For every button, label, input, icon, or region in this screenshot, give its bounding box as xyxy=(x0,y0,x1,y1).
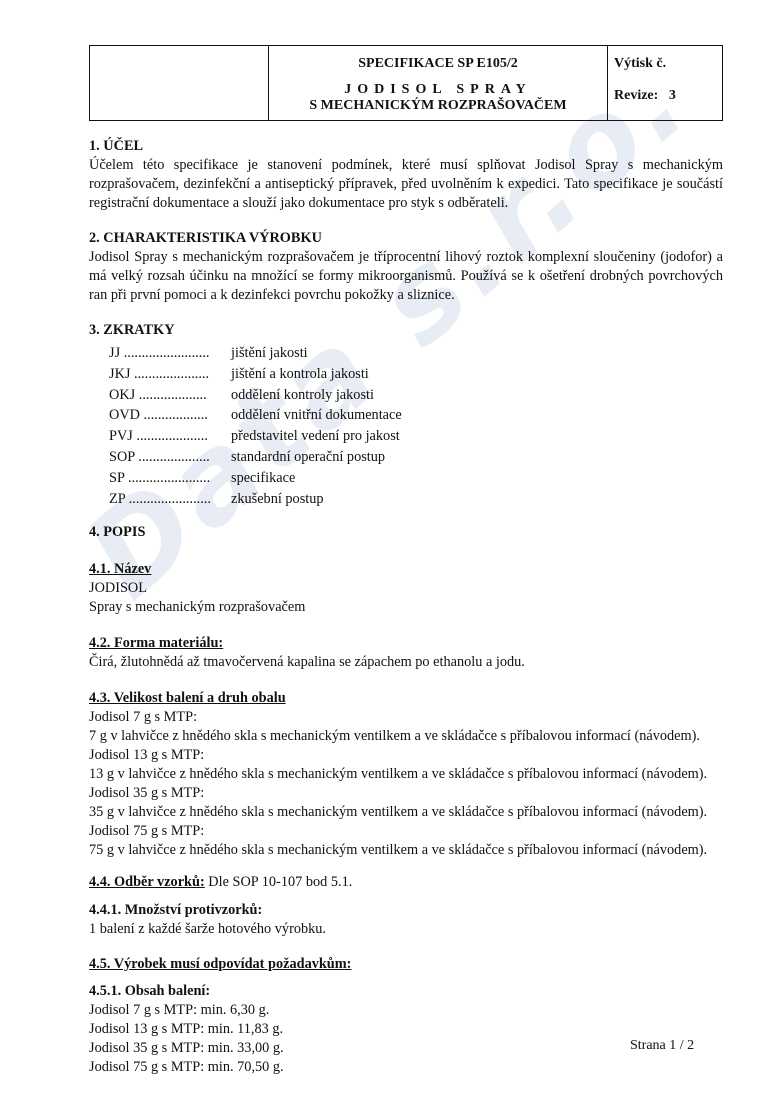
section-4-2: 4.2. Forma materiálu: Čirá, žlutohnědá a… xyxy=(89,634,723,672)
section-4-3-title: 4.3. Velikost balení a druh obalu xyxy=(89,689,723,708)
package-line: 35 g v lahvičce z hnědého skla s mechani… xyxy=(89,803,723,822)
abbreviation-row: PVJ ....................představitel ved… xyxy=(89,426,723,447)
section-4-3: 4.3. Velikost balení a druh obalu Jodiso… xyxy=(89,689,723,860)
abbreviation: JJ ........................ xyxy=(109,343,231,364)
section-4-2-title: 4.2. Forma materiálu: xyxy=(89,634,723,653)
spec-id: SPECIFIKACE SP E105/2 xyxy=(269,56,607,72)
revision: Revize: 3 xyxy=(614,88,722,104)
abbreviation-meaning: oddělení vnitřní dokumentace xyxy=(231,405,402,426)
abbreviation-meaning: představitel vedení pro jakost xyxy=(231,426,400,447)
abbreviation: ZP ....................... xyxy=(109,489,231,510)
section-4-5: 4.5. Výrobek musí odpovídat požadavkům: xyxy=(89,955,723,974)
section-2-title: 2. CHARAKTERISTIKA VÝROBKU xyxy=(89,229,723,248)
section-4-4-1-text: 1 balení z každé šarže hotového výrobku. xyxy=(89,920,723,939)
package-list: Jodisol 7 g s MTP:7 g v lahvičce z hnědé… xyxy=(89,708,723,860)
page-number: Strana 1 / 2 xyxy=(630,1038,694,1054)
content-list: Jodisol 7 g s MTP: min. 6,30 g.Jodisol 1… xyxy=(89,1001,723,1077)
content-line: Jodisol 13 g s MTP: min. 11,83 g. xyxy=(89,1020,723,1039)
name-line: Spray s mechanickým rozprašovačem xyxy=(89,598,723,617)
abbreviation-row: JKJ .....................jištění a kontr… xyxy=(89,364,723,385)
logo-cell xyxy=(90,46,269,121)
abbreviation-row: JJ ........................jištění jakos… xyxy=(89,343,723,364)
section-4-1-title: 4.1. Název xyxy=(89,560,723,579)
package-line: Jodisol 7 g s MTP: xyxy=(89,708,723,727)
abbreviation-row: OVD ..................oddělení vnitřní d… xyxy=(89,405,723,426)
abbreviation-meaning: zkušební postup xyxy=(231,489,324,510)
section-4: 4. POPIS 4.1. Název JODISOL Spray s mech… xyxy=(89,523,723,1077)
section-4-4-title: 4.4. Odběr vzorků: xyxy=(89,874,205,890)
content-line: Jodisol 35 g s MTP: min. 33,00 g. xyxy=(89,1039,723,1058)
package-line: Jodisol 35 g s MTP: xyxy=(89,784,723,803)
title-cell: SPECIFIKACE SP E105/2 JODISOL SPRAY S ME… xyxy=(269,46,608,121)
abbreviation-meaning: jištění jakosti xyxy=(231,343,308,364)
abbreviation-row: ZP .......................zkušební postu… xyxy=(89,489,723,510)
abbreviation-meaning: specifikace xyxy=(231,468,295,489)
section-4-title: 4. POPIS xyxy=(89,523,723,542)
section-2-text: Jodisol Spray s mechanickým rozprašovače… xyxy=(89,248,723,305)
abbreviation-meaning: standardní operační postup xyxy=(231,447,385,468)
section-4-4: 4.4. Odběr vzorků: Dle SOP 10-107 bod 5.… xyxy=(89,873,723,892)
package-line: Jodisol 75 g s MTP: xyxy=(89,822,723,841)
content-line: Jodisol 7 g s MTP: min. 6,30 g. xyxy=(89,1001,723,1020)
abbreviation: PVJ .................... xyxy=(109,426,231,447)
header-table: SPECIFIKACE SP E105/2 JODISOL SPRAY S ME… xyxy=(89,45,723,121)
section-4-2-text: Čirá, žlutohnědá až tmavočervená kapalin… xyxy=(89,653,723,672)
package-line: Jodisol 13 g s MTP: xyxy=(89,746,723,765)
package-line: 75 g v lahvičce z hnědého skla s mechani… xyxy=(89,841,723,860)
content-line: Jodisol 75 g s MTP: min. 70,50 g. xyxy=(89,1058,723,1077)
section-4-4-1: 4.4.1. Množství protivzorků: 1 balení z … xyxy=(89,901,723,939)
abbreviation-row: SOP ....................standardní opera… xyxy=(89,447,723,468)
section-3-title: 3. ZKRATKY xyxy=(89,321,723,340)
revision-label: Revize: xyxy=(614,88,658,103)
abbreviation: OKJ ................... xyxy=(109,385,231,406)
abbreviation: SOP .................... xyxy=(109,447,231,468)
package-line: 13 g v lahvičce z hnědého skla s mechani… xyxy=(89,765,723,784)
abbreviation-meaning: oddělení kontroly jakosti xyxy=(231,385,374,406)
section-4-5-1-title: 4.5.1. Obsah balení: xyxy=(89,982,723,1001)
section-3: 3. ZKRATKY JJ ........................ji… xyxy=(89,321,723,509)
section-4-1: 4.1. Název JODISOL Spray s mechanickým r… xyxy=(89,560,723,617)
package-line: 7 g v lahvičce z hnědého skla s mechanic… xyxy=(89,727,723,746)
product-subtitle: S MECHANICKÝM ROZPRAŠOVAČEM xyxy=(269,98,607,114)
abbreviation-meaning: jištění a kontrola jakosti xyxy=(231,364,369,385)
revision-cell: Výtisk č. Revize: 3 xyxy=(608,46,723,121)
revision-value: 3 xyxy=(669,88,676,103)
abbreviation-row: SP .......................specifikace xyxy=(89,468,723,489)
section-4-5-title: 4.5. Výrobek musí odpovídat požadavkům: xyxy=(89,955,723,974)
document-page: SPECIFIKACE SP E105/2 JODISOL SPRAY S ME… xyxy=(89,45,723,1077)
section-4-4-text: Dle SOP 10-107 bod 5.1. xyxy=(205,874,353,890)
abbreviation: OVD .................. xyxy=(109,405,231,426)
abbreviation: JKJ ..................... xyxy=(109,364,231,385)
section-4-4-1-title: 4.4.1. Množství protivzorků: xyxy=(89,901,723,920)
product-name: JODISOL SPRAY xyxy=(269,82,607,98)
abbreviation: SP ....................... xyxy=(109,468,231,489)
section-1-text: Účelem této specifikace je stanovení pod… xyxy=(89,156,723,213)
name-line: JODISOL xyxy=(89,579,723,598)
section-4-5-1: 4.5.1. Obsah balení: Jodisol 7 g s MTP: … xyxy=(89,982,723,1077)
copy-label: Výtisk č. xyxy=(614,56,722,72)
section-2: 2. CHARAKTERISTIKA VÝROBKU Jodisol Spray… xyxy=(89,229,723,305)
abbreviation-list: JJ ........................jištění jakos… xyxy=(89,343,723,509)
section-1: 1. ÚČEL Účelem této specifikace je stano… xyxy=(89,137,723,213)
section-1-title: 1. ÚČEL xyxy=(89,137,723,156)
abbreviation-row: OKJ ...................oddělení kontroly… xyxy=(89,385,723,406)
